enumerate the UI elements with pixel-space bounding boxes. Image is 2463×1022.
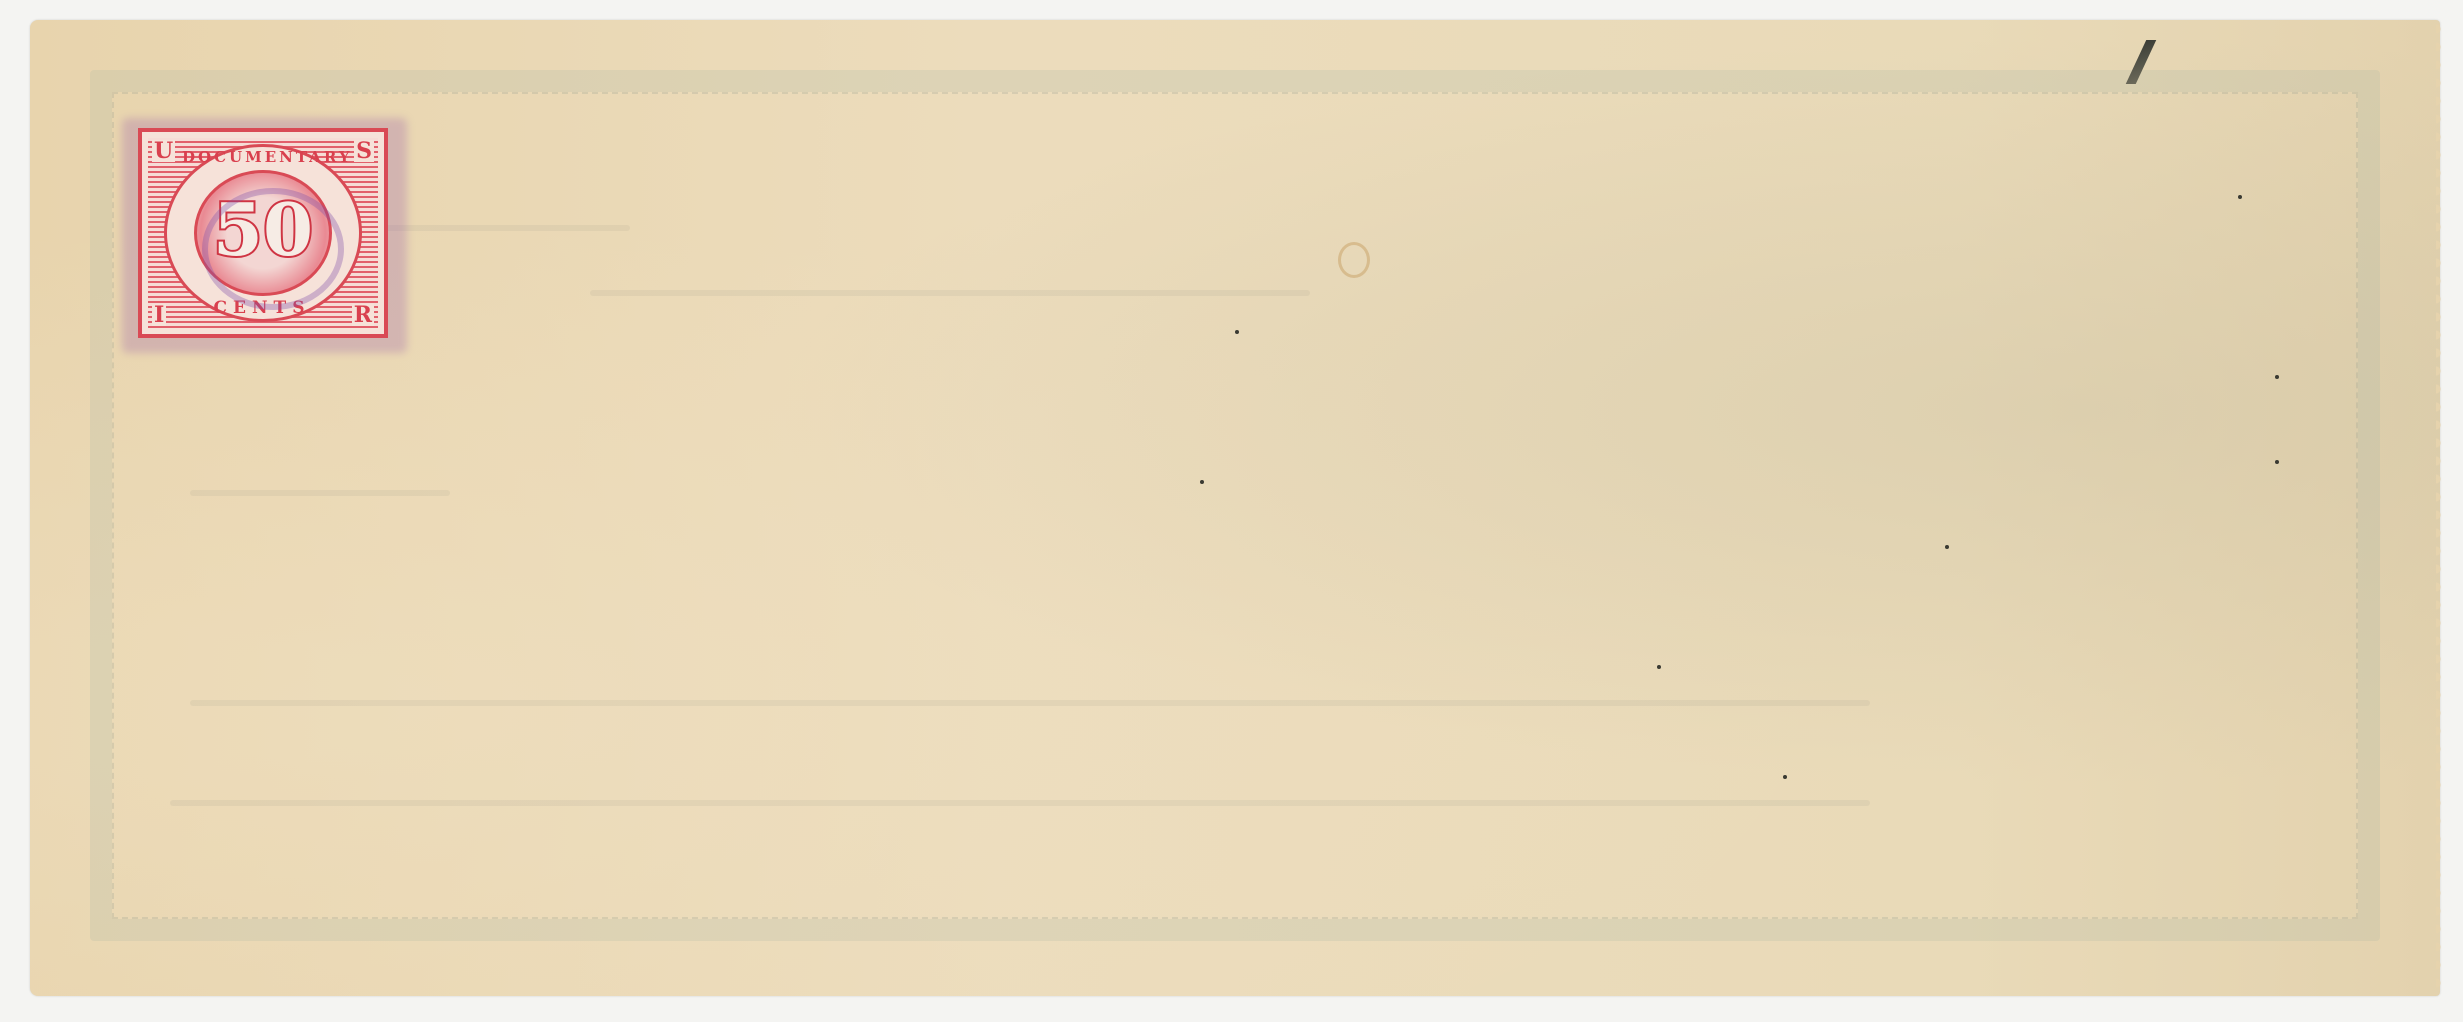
stamp-corner-br: R xyxy=(352,304,374,326)
show-through-text xyxy=(170,800,1870,806)
revenue-stamp: DOCUMENTARY CENTS 50 U S I R xyxy=(122,118,412,358)
paper-speck xyxy=(2275,460,2279,464)
paper-speck xyxy=(2275,375,2279,379)
show-through-text xyxy=(190,490,450,496)
paper-stain xyxy=(1338,242,1370,278)
paper-speck xyxy=(1235,330,1239,334)
stamp-corner-tr: S xyxy=(354,140,374,162)
paper-speck xyxy=(1783,775,1787,779)
paper-speck xyxy=(1945,545,1949,549)
stamp-corner-bl: I xyxy=(152,304,166,326)
engraved-border-inner xyxy=(112,92,2358,919)
show-through-text xyxy=(190,700,1870,706)
cancellation-mark xyxy=(202,188,344,310)
paper-speck xyxy=(1657,665,1661,669)
paper-speck xyxy=(2238,195,2242,199)
paper-speck xyxy=(1200,480,1204,484)
stamp-corner-tl: U xyxy=(152,140,175,162)
stamp-ring-top-text: DOCUMENTARY xyxy=(182,148,342,166)
show-through-text xyxy=(590,290,1310,296)
